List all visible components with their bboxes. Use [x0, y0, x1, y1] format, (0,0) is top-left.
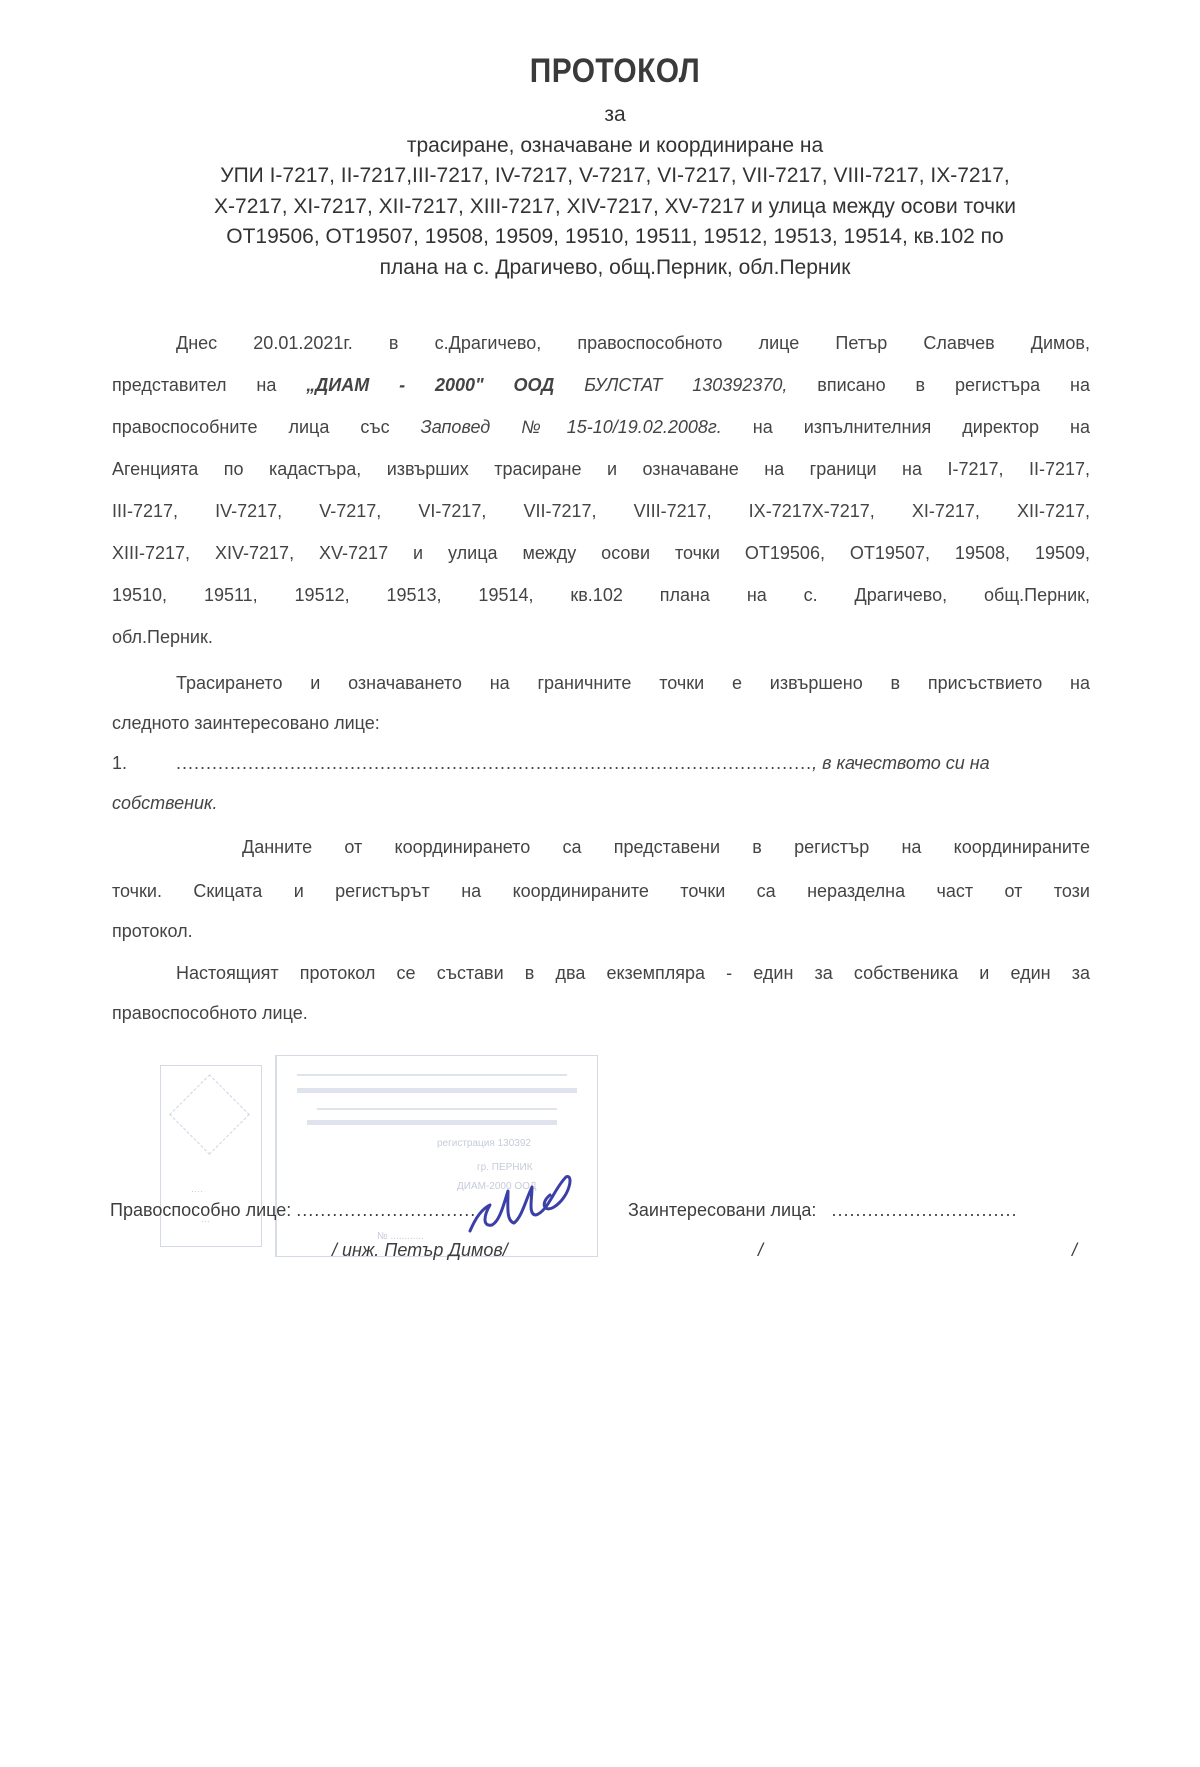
- paragraph-3-line: Данните от координирането са представени…: [112, 837, 1090, 861]
- heading-line: трасиране, означаване и координиране на: [100, 131, 1130, 162]
- paragraph-1-line: Днес 20.01.2021г. в с.Драгичево, правосп…: [112, 333, 1090, 357]
- heading-line: ОТ19506, ОТ19507, 19508, 19509, 19510, 1…: [100, 222, 1130, 253]
- licensed-person-name: / инж. Петър Димов/: [332, 1240, 508, 1261]
- paragraph-2-line: следното заинтересовано лице:: [112, 713, 1090, 737]
- interested-name-slash-close: /: [1072, 1240, 1077, 1261]
- heading-line: за: [100, 100, 1130, 131]
- interested-signature-blank: ...............................: [831, 1200, 1017, 1220]
- document-page: ПРОТОКОЛ за трасиране, означаване и коор…: [0, 0, 1200, 1767]
- text-span: правоспособните лица със: [112, 417, 421, 437]
- licensed-person-signature-line: Правоспособно лице: ....................…: [110, 1200, 476, 1221]
- text-span: представител на: [112, 375, 306, 395]
- stamp-rule: [307, 1120, 557, 1125]
- heading-line: X-7217, XI-7217, XII-7217, XIII-7217, XI…: [100, 192, 1130, 223]
- text-span: вписано в регистъра на: [787, 375, 1090, 395]
- logo-diamond-icon: [169, 1074, 250, 1155]
- document-heading: за трасиране, означаване и координиране …: [100, 100, 1130, 283]
- licensed-person-label: Правоспособно лице:: [110, 1200, 291, 1220]
- company-bulstat: БУЛСТАТ 130392370,: [554, 375, 787, 395]
- person-name-blank: ........................................…: [176, 753, 812, 773]
- paragraph-1-line: III-7217, IV-7217, V-7217, VI-7217, VII-…: [112, 501, 1090, 525]
- paragraph-2-line: Трасирането и означаването на граничните…: [112, 673, 1090, 697]
- stamp-rule: [297, 1088, 577, 1093]
- person-number: 1.: [112, 753, 176, 774]
- interested-name-slash-open: /: [758, 1240, 763, 1261]
- paragraph-4-line: правоспособното лице.: [112, 1003, 1090, 1027]
- handwritten-signature-icon: [462, 1165, 577, 1240]
- paragraph-1-line: Агенцията по кадастъра, извърших трасира…: [112, 459, 1090, 483]
- paragraph-1-line: обл.Перник.: [112, 627, 1090, 651]
- document-title: ПРОТОКОЛ: [74, 52, 1156, 91]
- paragraph-1-line: представител на „ДИАМ - 2000" ООД БУЛСТА…: [112, 375, 1090, 399]
- interested-parties-signature-line: Заинтересовани лица: ...................…: [628, 1200, 1017, 1221]
- paragraph-1-line: XIII-7217, XIV-7217, XV-7217 и улица меж…: [112, 543, 1090, 567]
- stamp-text: регистрация 130392: [437, 1138, 531, 1149]
- paragraph-3-line: протокол.: [112, 921, 1090, 945]
- company-name: „ДИАМ - 2000" ООД: [306, 375, 554, 395]
- person-role: собственик.: [112, 793, 1090, 817]
- interested-parties-label: Заинтересовани лица:: [628, 1200, 816, 1220]
- order-reference: Заповед №15-10/19.02.2008г.: [421, 417, 722, 437]
- text-span: на изпълнителния директор на: [722, 417, 1090, 437]
- paragraph-1-line: 19510, 19511, 19512, 19513, 19514, кв.10…: [112, 585, 1090, 609]
- heading-line: плана на с. Драгичево, общ.Перник, обл.П…: [100, 253, 1130, 284]
- stamp-rule: [317, 1108, 557, 1110]
- role-suffix: , в качеството си на: [812, 753, 990, 773]
- licensed-signature-blank: ..............................: [296, 1200, 476, 1220]
- heading-line: УПИ I-7217, II-7217,III-7217, IV-7217, V…: [100, 161, 1130, 192]
- paragraph-4-line: Настоящият протокол се състави в два екз…: [112, 963, 1090, 987]
- stamp-text: ····: [191, 1186, 203, 1196]
- interested-person-line: 1.......................................…: [112, 753, 1090, 777]
- paragraph-3-line: точки. Скицата и регистърът на координир…: [112, 881, 1090, 905]
- stamp-rule: [297, 1074, 567, 1076]
- paragraph-1-line: правоспособните лица със Заповед №15-10/…: [112, 417, 1090, 441]
